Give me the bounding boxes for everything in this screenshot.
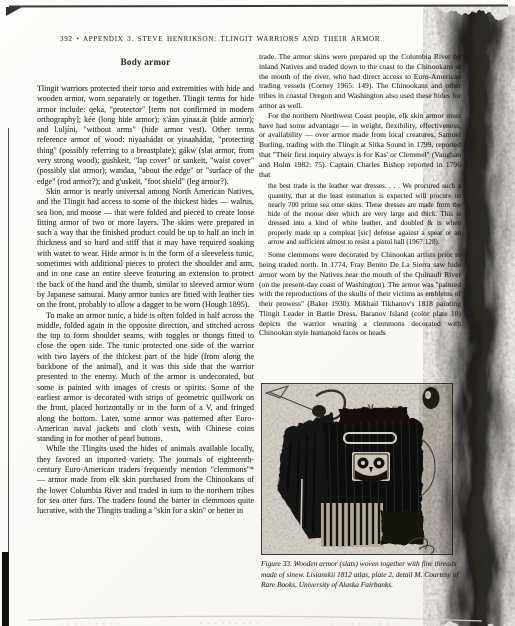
figure-illustration: M xyxy=(261,383,453,555)
left-column: Tlingit warriors protected their torso a… xyxy=(37,84,254,516)
body-paragraph: While the Tlingits used the hides of ani… xyxy=(37,444,254,516)
spine-shadow-line xyxy=(8,128,9,556)
right-column: trade. The armor skins were prepared up … xyxy=(259,52,461,338)
body-paragraph: trade. The armor skins were prepared up … xyxy=(259,52,461,111)
spine-shadow-bar xyxy=(2,552,9,626)
wooden-armor-engraving: M xyxy=(261,383,453,555)
block-quote: the best trade is the leather war dresse… xyxy=(268,182,461,247)
page-header: 392 • APPENDIX 3. STEVE HENRIKSON: TLING… xyxy=(60,35,460,43)
page-fold-triangle xyxy=(6,7,22,16)
figure-caption: Figure 33. Wooden armor (slats) woven to… xyxy=(261,559,463,591)
body-paragraph: Some clemmons were decorated by Chinooka… xyxy=(259,250,461,338)
scanned-book-page: 392 • APPENDIX 3. STEVE HENRIKSON: TLING… xyxy=(0,0,515,626)
section-heading: Body armor xyxy=(37,57,254,67)
page-bottom-edge xyxy=(0,608,515,626)
body-paragraph: Skin armor is nearly universal among Nor… xyxy=(37,187,254,311)
page-top-edge-line xyxy=(9,4,508,7)
body-paragraph: For the northern Northwest Coast people,… xyxy=(259,111,461,180)
body-paragraph: Tlingit warriors protected their torso a… xyxy=(37,84,254,187)
body-paragraph: To make an armor tunic, a hide is often … xyxy=(37,311,254,445)
